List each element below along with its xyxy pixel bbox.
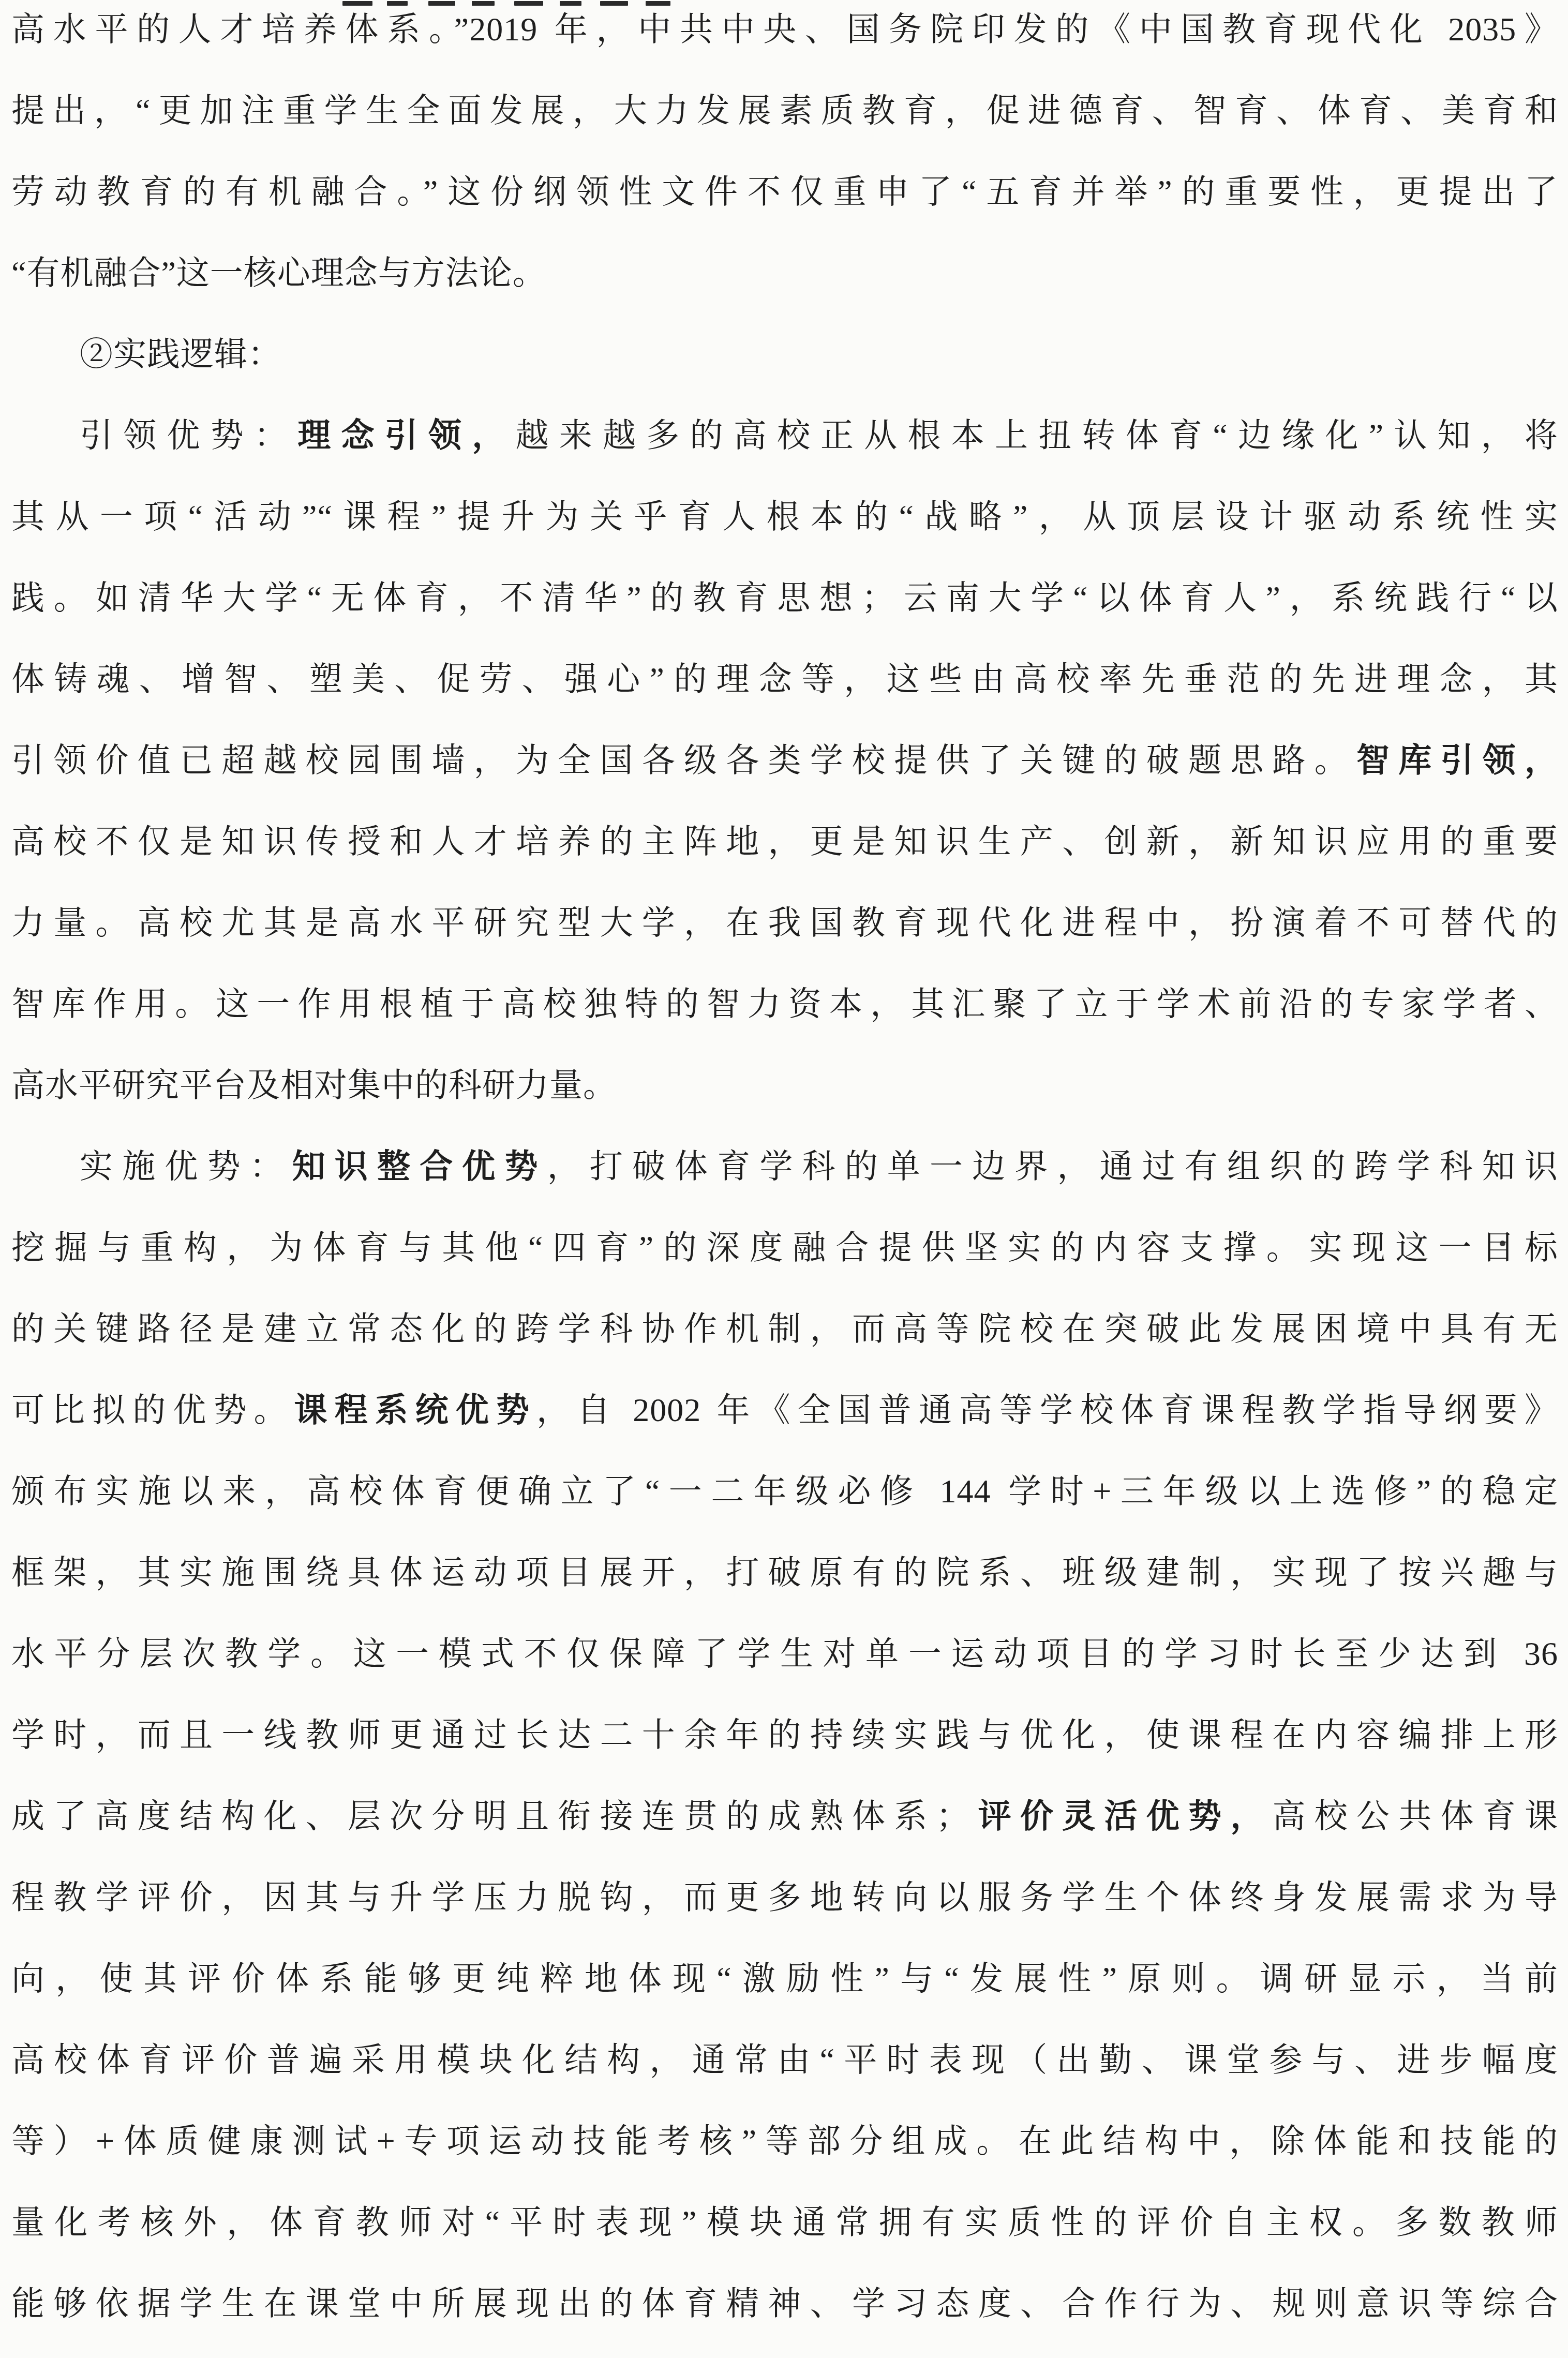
text-segment: 越来越多的高校正从根本上扭转体育“边缘化”认知，将 (515, 417, 1558, 454)
text-segment: 体铸魂、增智、塑美、促劳、强心”的理念等，这些由高校率先垂范的先进理念，其 (11, 661, 1558, 697)
text-segment: “有机融合”这一核心理念与方法论。 (11, 255, 546, 291)
text-segment: 等）+体质健康测试+专项运动技能考核”等部分组成。在此结构中，除体能和技能的 (11, 2123, 1558, 2159)
text-line: 颁布实施以来，高校体育便确立了“一二年级必修 144 学时+三年级以上选修”的稳… (11, 1451, 1558, 1532)
text-segment: 挖掘与重构，为体育与其他“四育”的深度融合提供坚实的内容支撑。实现这一目标 (11, 1229, 1558, 1266)
text-line: 量化考核外，体育教师对“平时表现”模块通常拥有实质性的评价自主权。多数教师 (11, 2182, 1558, 2263)
text-segment: 智库作用。这一作用根植于高校独特的智力资本，其汇聚了立于学术前沿的专家学者、 (11, 986, 1558, 1022)
text-line: “有机融合”这一核心理念与方法论。 (11, 232, 1558, 314)
text-segment: 程教学评价，因其与升学压力脱钩，而更多地转向以服务学生个体终身发展需求为导 (11, 1879, 1558, 1916)
text-segment: 高校体育评价普遍采用模块化结构，通常由“平时表现（出勤、课堂参与、进步幅度 (11, 2041, 1558, 2078)
text-segment: 实施优势： (80, 1148, 292, 1185)
text-segment: ②实践逻辑： (80, 336, 281, 372)
text-segment: 践。如清华大学“无体育，不清华”的教育思想；云南大学“以体育人”，系统践行“以 (11, 579, 1558, 616)
text-line: 水平分层次教学。这一模式不仅保障了学生对单一运动项目的学习时长至少达到 36 (11, 1613, 1558, 1694)
text-line: 体铸魂、增智、塑美、促劳、强心”的理念等，这些由高校率先垂范的先进理念，其 (11, 638, 1558, 720)
text-segment: 高校公共体育课 (1273, 1798, 1559, 1834)
text-line: 高水平的人才培养体系。”2019 年，中共中央、国务院印发的《中国教育现代化 2… (11, 0, 1558, 70)
text-line: 向，使其评价体系能够更纯粹地体现“激励性”与“发展性”原则。调研显示，当前 (11, 1938, 1558, 2019)
text-line: 学时，而且一线教师更通过长达二十余年的持续实践与优化，使课程在内容编排上形 (11, 1694, 1558, 1775)
text-line: 高校体育评价普遍采用模块化结构，通常由“平时表现（出勤、课堂参与、进步幅度 (11, 2019, 1558, 2100)
text-line: 智库作用。这一作用根植于高校独特的智力资本，其汇聚了立于学术前沿的专家学者、 (11, 963, 1558, 1044)
text-segment: 成了高度结构化、层次分明且衔接连贯的成熟体系； (11, 1798, 970, 1834)
text-line: 践。如清华大学“无体育，不清华”的教育思想；云南大学“以体育人”，系统践行“以 (11, 557, 1558, 638)
text-line: ②实践逻辑： (11, 314, 1558, 395)
text-line: 实施优势：知识整合优势，打破体育学科的单一边界，通过有组织的跨学科知识 (11, 1126, 1558, 1207)
bold-text-segment: 智库引领， (1356, 742, 1558, 779)
text-segment: 框架，其实施围绕具体运动项目展开，打破原有的院系、班级建制，实现了按兴趣与 (11, 1554, 1558, 1591)
text-segment: 高水平的人才培养体系。”2019 年，中共中央、国务院印发的《中国教育现代化 2… (11, 11, 1558, 48)
text-segment: ，打破体育学科的单一边界，通过有组织的跨学科知识 (547, 1148, 1558, 1185)
text-line: 能够依据学生在课堂中所展现出的体育精神、学习态度、合作行为、规则意识等综合 (11, 2263, 1558, 2344)
text-segment: 引领优势： (80, 417, 297, 454)
bold-text-segment: 理念引领， (297, 417, 515, 454)
bold-text-segment: 课程系统优势 (294, 1392, 537, 1428)
text-line: 力量。高校尤其是高水平研究型大学，在我国教育现代化进程中，扮演着不可替代的 (11, 882, 1558, 963)
text-line: 成了高度结构化、层次分明且衔接连贯的成熟体系；评价灵活优势，高校公共体育课 (11, 1775, 1558, 1857)
text-line: 高水平研究平台及相对集中的科研力量。 (11, 1044, 1558, 1126)
text-segment: 高水平研究平台及相对集中的科研力量。 (11, 1067, 617, 1103)
text-segment: 力量。高校尤其是高水平研究型大学，在我国教育现代化进程中，扮演着不可替代的 (11, 904, 1558, 941)
text-segment: 提出，“更加注重学生全面发展，大力发展素质教育，促进德育、智育、体育、美育和 (11, 92, 1558, 129)
text-segment: 向，使其评价体系能够更纯粹地体现“激励性”与“发展性”原则。调研显示，当前 (11, 1960, 1558, 1997)
text-segment: 学时，而且一线教师更通过长达二十余年的持续实践与优化，使课程在内容编排上形 (11, 1717, 1558, 1753)
text-line: 高校不仅是知识传授和人才培养的主阵地，更是知识生产、创新，新知识应用的重要 (11, 801, 1558, 882)
text-line: 框架，其实施围绕具体运动项目展开，打破原有的院系、班级建制，实现了按兴趣与 (11, 1532, 1558, 1613)
bold-text-segment: 知识整合优势 (292, 1148, 547, 1185)
document-page: 高水平的人才培养体系。”2019 年，中共中央、国务院印发的《中国教育现代化 2… (11, 0, 1558, 2344)
text-line: 的关键路径是建立常态化的跨学科协作机制，而高等院校在突破此发展困境中具有无 (11, 1288, 1558, 1369)
text-segment: 引领价值已超越校园围墙，为全国各级各类学校提供了关键的破题思路。 (11, 742, 1356, 779)
text-segment: 可比拟的优势。 (11, 1392, 294, 1428)
text-line: 其从一项“活动”“课程”提升为关乎育人根本的“战略”，从顶层设计驱动系统性实 (11, 476, 1558, 557)
text-line: 等）+体质健康测试+专项运动技能考核”等部分组成。在此结构中，除体能和技能的 (11, 2100, 1558, 2182)
text-line: 劳动教育的有机融合。”这份纲领性文件不仅重申了“五育并举”的重要性，更提出了 (11, 151, 1558, 232)
text-line: 引领价值已超越校园围墙，为全国各级各类学校提供了关键的破题思路。智库引领， (11, 720, 1558, 801)
text-line: 挖掘与重构，为体育与其他“四育”的深度融合提供坚实的内容支撑。实现这一目标 (11, 1207, 1558, 1288)
text-segment: 颁布实施以来，高校体育便确立了“一二年级必修 144 学时+三年级以上选修”的稳… (11, 1473, 1558, 1510)
text-line: 提出，“更加注重学生全面发展，大力发展素质教育，促进德育、智育、体育、美育和 (11, 70, 1558, 151)
text-segment: 高校不仅是知识传授和人才培养的主阵地，更是知识生产、创新，新知识应用的重要 (11, 823, 1558, 860)
text-segment: 的关键路径是建立常态化的跨学科协作机制，而高等院校在突破此发展困境中具有无 (11, 1310, 1558, 1347)
text-segment: 能够依据学生在课堂中所展现出的体育精神、学习态度、合作行为、规则意识等综合 (11, 2285, 1558, 2322)
bold-text-segment: 评价灵活优势， (970, 1798, 1273, 1834)
text-line: 可比拟的优势。课程系统优势，自 2002 年《全国普通高等学校体育课程教学指导纲… (11, 1369, 1558, 1451)
text-segment: ，自 2002 年《全国普通高等学校体育课程教学指导纲要》 (536, 1392, 1558, 1428)
text-segment: 量化考核外，体育教师对“平时表现”模块通常拥有实质性的评价自主权。多数教师 (11, 2204, 1558, 2241)
text-segment: 其从一项“活动”“课程”提升为关乎育人根本的“战略”，从顶层设计驱动系统性实 (11, 498, 1558, 535)
text-line: 程教学评价，因其与升学压力脱钩，而更多地转向以服务学生个体终身发展需求为导 (11, 1857, 1558, 1938)
text-line: 引领优势：理念引领，越来越多的高校正从根本上扭转体育“边缘化”认知，将 (11, 395, 1558, 476)
text-segment: 水平分层次教学。这一模式不仅保障了学生对单一运动项目的学习时长至少达到 36 (11, 1635, 1558, 1672)
text-segment: 劳动教育的有机融合。”这份纲领性文件不仅重申了“五育并举”的重要性，更提出了 (11, 173, 1558, 210)
